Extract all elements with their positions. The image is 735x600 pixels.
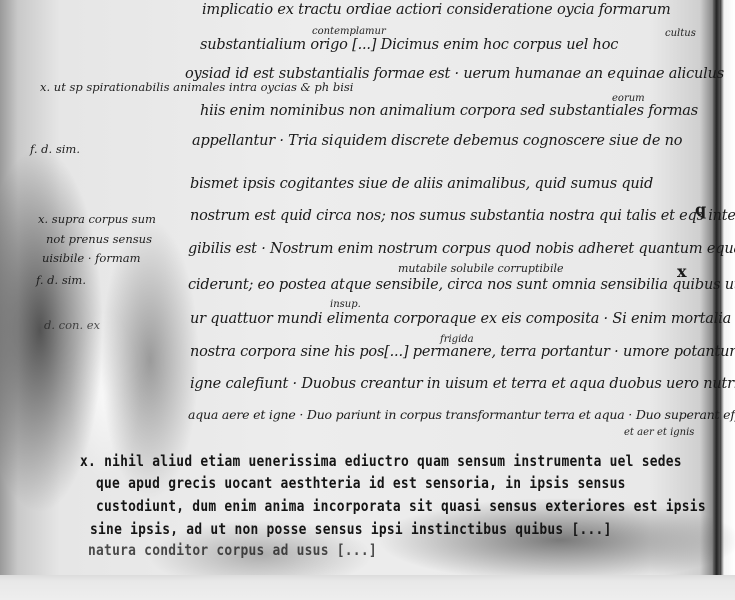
manuscript-page: implicatio ex tractu ordiae actiori cons…: [0, 0, 735, 600]
interlinear-gloss: et aer et ignis: [624, 427, 694, 438]
marginal-note: x. ut sp spirationabilis animales intra …: [40, 80, 353, 94]
main-text-line-1: implicatio ex tractu ordiae actiori cons…: [202, 2, 671, 18]
interlinear-gloss: insup.: [330, 299, 361, 310]
marginal-note: f. d. sim.: [36, 273, 86, 287]
main-text-line-4: hiis enim nominibus non animalium corpor…: [200, 103, 698, 119]
main-text-line-13: aqua aere et igne · Duo pariunt in corpu…: [188, 407, 735, 422]
interlinear-gloss: mutabile solubile corruptibile: [398, 262, 563, 275]
marginal-note: x. supra corpus sum: [38, 212, 156, 226]
lower-commentary-line-3: custodiunt, dum enim anima incorporata s…: [96, 497, 706, 515]
main-text-line-5: appellantur · Tria siquidem discrete deb…: [192, 133, 682, 149]
marginal-note: f. d. sim.: [30, 142, 80, 156]
interlinear-gloss: cultus: [665, 28, 696, 39]
lower-commentary-line-5: natura conditor corpus ad usus [...]: [88, 541, 377, 559]
interlinear-gloss: contemplamur: [312, 26, 386, 37]
main-text-line-12: igne calefiunt · Duobus creantur in uisu…: [190, 376, 735, 392]
main-text-line-11: nostra corpora sine his pos[...] permane…: [190, 344, 735, 360]
marginal-note: uisibile · formam: [42, 251, 141, 265]
interlinear-gloss: frigida: [440, 334, 474, 345]
main-text-line-8: gibilis est · Nostrum enim nostrum corpu…: [188, 241, 735, 257]
right-margin-mark: x: [677, 262, 687, 281]
page-bottom-strip: [0, 575, 735, 600]
main-text-line-6: bismet ipsis cogitantes siue de aliis an…: [190, 176, 653, 192]
marginal-note: d. con. ex: [44, 318, 100, 332]
interlinear-gloss: eorum: [612, 93, 645, 104]
right-margin-mark: q: [695, 200, 706, 219]
lower-commentary-line-2: que apud grecis uocant aesthteria id est…: [96, 474, 626, 492]
main-text-line-7: nostrum est quid circa nos; nos sumus su…: [190, 208, 735, 224]
main-text-line-2: substantialium origo [...] Dicimus enim …: [200, 37, 618, 53]
main-text-line-10: ur quattuor mundi elimenta corporaque ex…: [190, 311, 731, 327]
marginal-note: not prenus sensus: [46, 232, 152, 246]
lower-commentary-line-4: sine ipsis, ad ut non posse sensus ipsi …: [90, 520, 612, 538]
lower-commentary-line-1: x. nihil aliud etiam uenerissima ediuctr…: [80, 452, 682, 470]
main-text-line-9: ciderunt; eo postea atque sensibile, cir…: [188, 277, 735, 293]
binding-edge: [713, 0, 720, 600]
